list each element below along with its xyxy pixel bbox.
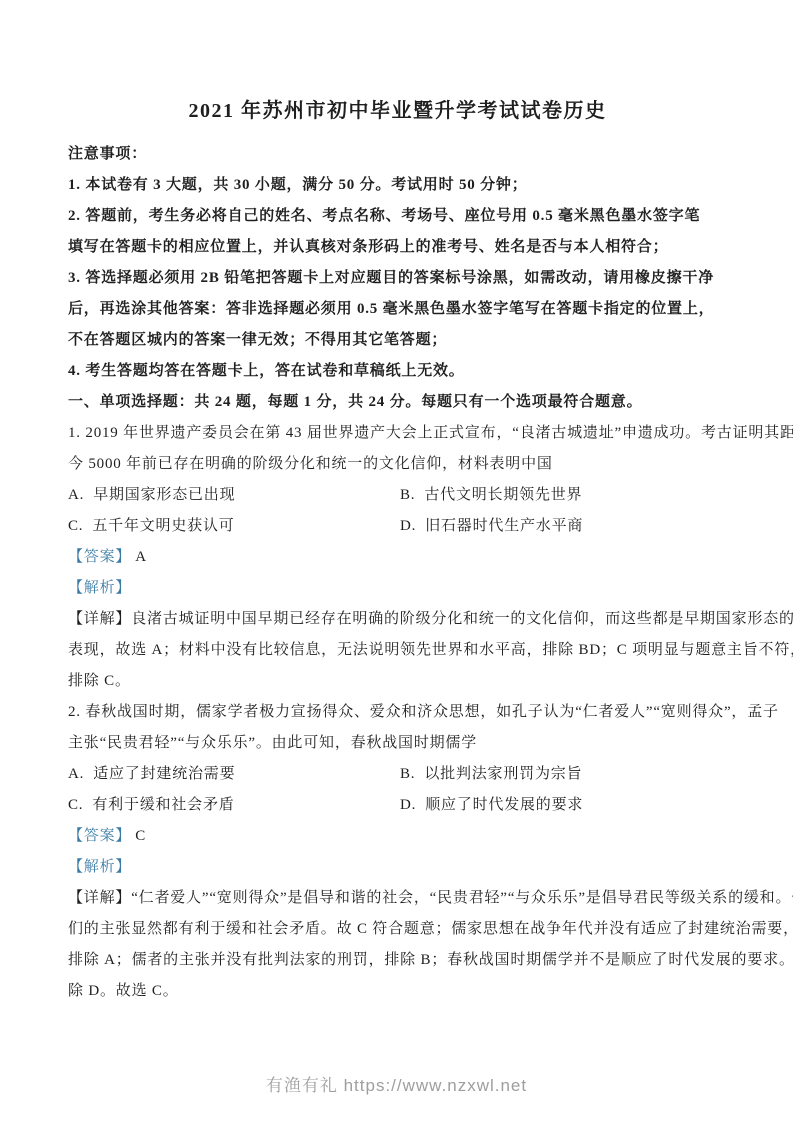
option-text: 适应了封建统治需要 xyxy=(93,766,235,782)
notice-line: 3. 答选择题必须用 2B 铅笔把答题卡上对应题目的答案标号涂黑，如需改动，请用… xyxy=(68,263,727,294)
analysis-line: 【解析】 xyxy=(68,852,727,883)
option-label: C. xyxy=(68,797,83,813)
question-block: 2. 春秋战国时期，儒家学者极力宣扬得众、爱众和济众思想，如孔子认为“仁者爱人”… xyxy=(68,697,727,1007)
option-row: C.五千年文明史获认可 D.旧石器时代生产水平商 xyxy=(68,511,727,542)
option-label: C. xyxy=(68,518,83,534)
option-c: C.有利于缓和社会矛盾 xyxy=(68,790,400,821)
notice-line: 后，再选涂其他答案：答非选择题必须用 0.5 毫米黑色墨水签字笔写在答题卡指定的… xyxy=(68,294,727,325)
notice-line: 4. 考生答题均答在答题卡上，答在试卷和草稿纸上无效。 xyxy=(68,356,727,387)
exam-page: { "document": { "title": "2021 年苏州市初中毕业暨… xyxy=(0,0,793,1122)
document-body: 2021 年苏州市初中毕业暨升学考试试卷历史 注意事项： 1. 本试卷有 3 大… xyxy=(0,0,787,1007)
option-b: B.以批判法家刑罚为宗旨 xyxy=(400,759,582,790)
option-row: C.有利于缓和社会矛盾 D.顺应了时代发展的要求 xyxy=(68,790,727,821)
question-stem-line: 1. 2019 年世界遗产委员会在第 43 届世界遗产大会上正式宣布，“良渚古城… xyxy=(68,418,727,449)
question-block: 1. 2019 年世界遗产委员会在第 43 届世界遗产大会上正式宣布，“良渚古城… xyxy=(68,418,727,697)
option-text: 早期国家形态已出现 xyxy=(93,487,235,503)
notice-line: 1. 本试卷有 3 大题，共 30 小题，满分 50 分。考试用时 50 分钟； xyxy=(68,170,727,201)
analysis-label: 【解析】 xyxy=(68,859,131,875)
answer-value: C xyxy=(135,828,146,844)
option-label: A. xyxy=(68,487,84,503)
option-text: 旧石器时代生产水平商 xyxy=(425,518,583,534)
option-text: 五千年文明史获认可 xyxy=(92,518,234,534)
detail-line: 【详解】“仁者爱人”“宽则得众”是倡导和谐的社会，“民贵君轻”“与众乐乐”是倡导… xyxy=(68,883,727,914)
question-stem-line: 今 5000 年前已存在明确的阶级分化和统一的文化信仰，材料表明中国 xyxy=(68,449,727,480)
option-text: 有利于缓和社会矛盾 xyxy=(92,797,234,813)
answer-label: 【答案】 xyxy=(68,828,131,844)
option-d: D.旧石器时代生产水平商 xyxy=(400,511,583,542)
option-text: 古代文明长期领先世界 xyxy=(424,487,582,503)
page-title: 2021 年苏州市初中毕业暨升学考试试卷历史 xyxy=(68,96,727,126)
detail-line: 排除 A；儒者的主张并没有批判法家的刑罚，排除 B；春秋战国时期儒学并不是顺应了… xyxy=(68,945,727,976)
detail-line: 【详解】良渚古城证明中国早期已经存在明确的阶级分化和统一的文化信仰，而这些都是早… xyxy=(68,604,727,635)
answer-line: 【答案】A xyxy=(68,542,727,573)
analysis-label: 【解析】 xyxy=(68,580,131,596)
notice-line: 2. 答题前，考生务必将自己的姓名、考点名称、考场号、座位号用 0.5 毫米黑色… xyxy=(68,201,727,232)
analysis-line: 【解析】 xyxy=(68,573,727,604)
option-row: A.适应了封建统治需要 B.以批判法家刑罚为宗旨 xyxy=(68,759,727,790)
notice-line: 填写在答题卡的相应位置上，并认真核对条形码上的准考号、姓名是否与本人相符合； xyxy=(68,232,727,263)
footer-watermark: 有渔有礼 https://www.nzxwl.net xyxy=(0,1071,793,1096)
option-row: A.早期国家形态已出现 B.古代文明长期领先世界 xyxy=(68,480,727,511)
notice-heading: 注意事项： xyxy=(68,139,727,170)
option-label: A. xyxy=(68,766,84,782)
option-a: A.早期国家形态已出现 xyxy=(68,480,400,511)
question-stem-line: 2. 春秋战国时期，儒家学者极力宣扬得众、爱众和济众思想，如孔子认为“仁者爱人”… xyxy=(68,697,727,728)
notice-line: 不在答题区城内的答案一律无效；不得用其它笔答题； xyxy=(68,325,727,356)
option-text: 顺应了时代发展的要求 xyxy=(425,797,583,813)
answer-value: A xyxy=(135,549,147,565)
detail-line: 表现，故选 A；材料中没有比较信息，无法说明领先世界和水平高，排除 BD；C 项… xyxy=(68,635,727,666)
answer-label: 【答案】 xyxy=(68,549,131,565)
option-d: D.顺应了时代发展的要求 xyxy=(400,790,583,821)
option-b: B.古代文明长期领先世界 xyxy=(400,480,582,511)
detail-line: 排除 C。 xyxy=(68,666,727,697)
option-text: 以批判法家刑罚为宗旨 xyxy=(424,766,582,782)
option-a: A.适应了封建统治需要 xyxy=(68,759,400,790)
option-label: D. xyxy=(400,797,416,813)
option-label: B. xyxy=(400,487,415,503)
section-heading: 一、单项选择题：共 24 题，每题 1 分，共 24 分。每题只有一个选项最符合… xyxy=(68,387,727,418)
option-c: C.五千年文明史获认可 xyxy=(68,511,400,542)
question-stem-line: 主张“民贵君轻”“与众乐乐”。由此可知，春秋战国时期儒学 xyxy=(68,728,727,759)
option-label: D. xyxy=(400,518,416,534)
detail-line: 除 D。故选 C。 xyxy=(68,976,727,1007)
option-label: B. xyxy=(400,766,415,782)
detail-line: 们的主张显然都有利于缓和社会矛盾。故 C 符合题意；儒家思想在战争年代并没有适应… xyxy=(68,914,727,945)
answer-line: 【答案】C xyxy=(68,821,727,852)
